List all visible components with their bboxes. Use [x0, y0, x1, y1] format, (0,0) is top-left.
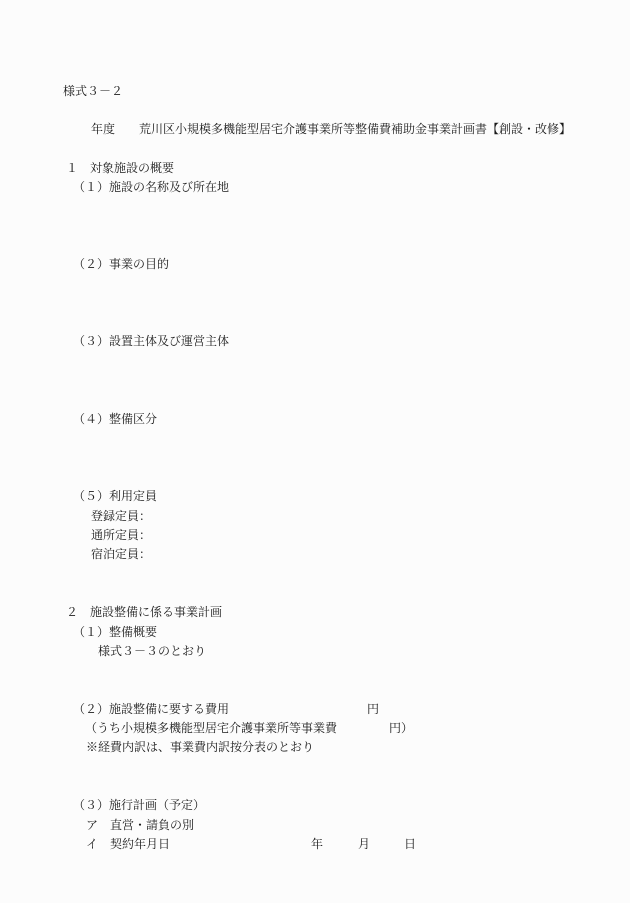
sub-cost-unit: 円） — [389, 721, 413, 735]
contract-month-unit: 月 — [358, 837, 370, 851]
form-number: 様式３－２ — [63, 84, 123, 98]
section-2-item-1-note: 様式３－３のとおり — [98, 644, 206, 658]
section-2-item-1: （１）整備概要 — [73, 625, 157, 639]
document-title: 荒川区小規模多機能型居宅介護事業所等整備費補助金事業計画書【創設・改修】 — [139, 122, 571, 136]
section-2-item-2: （２）施設整備に要する費用 — [73, 702, 229, 716]
registered-capacity-label: 登録定員： — [91, 509, 151, 523]
section-2-item-3: （３）施行計画（予定） — [73, 798, 205, 812]
construction-method-label: ア 直営・請負の別 — [86, 818, 194, 832]
section-2-item-2-sub: （うち小規模多機能型居宅介護事業所等事業費 — [85, 721, 337, 735]
day-service-capacity-label: 通所定員： — [91, 528, 151, 542]
section-2-heading: ２ 施設整備に係る事業計画 — [66, 605, 222, 619]
title-year-label: 年度 — [91, 122, 115, 136]
contract-date-label: イ 契約年月日 — [86, 837, 170, 851]
section-2-item-2-note: ※経費内訳は、事業費内訳按分表のとおり — [86, 740, 314, 754]
contract-year-unit: 年 — [311, 837, 323, 851]
overnight-capacity-label: 宿泊定員： — [91, 547, 151, 561]
section-1-item-3: （３）設置主体及び運営主体 — [73, 334, 229, 348]
contract-day-unit: 日 — [404, 837, 416, 851]
section-1-heading: １ 対象施設の概要 — [66, 161, 174, 175]
section-1-item-1: （１）施設の名称及び所在地 — [73, 180, 229, 194]
section-1-item-4: （４）整備区分 — [73, 412, 157, 426]
section-1-item-2: （２）事業の目的 — [73, 257, 169, 271]
total-cost-unit: 円 — [367, 702, 379, 716]
section-1-item-5: （５）利用定員 — [73, 489, 157, 503]
